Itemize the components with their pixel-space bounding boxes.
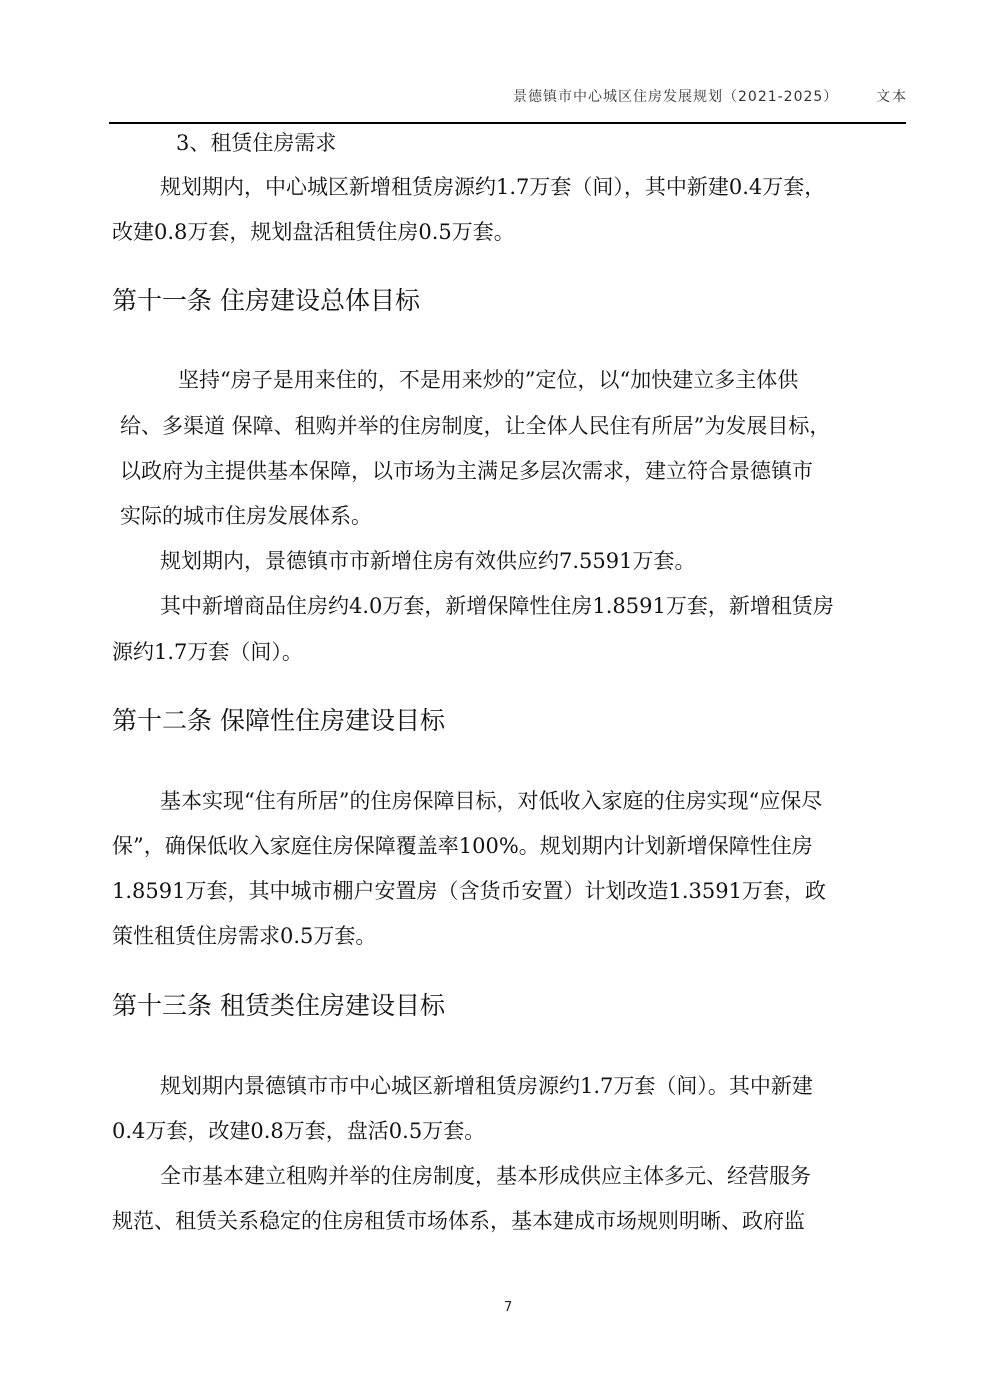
header-title: 景德镇市中心城区住房发展规划（2021-2025）	[513, 86, 838, 106]
article-12-heading: 第十二条 保障性住房建设目标	[112, 705, 445, 737]
article-11-heading: 第十一条 住房建设总体目标	[112, 285, 420, 317]
paragraph-line: 全市基本建立租购并举的住房制度，基本形成供应主体多元、经营服务	[160, 1162, 811, 1190]
header-divider	[109, 122, 906, 124]
paragraph-line: 源约1.7万套（间）。	[112, 638, 303, 666]
paragraph-line: 规划期内，中心城区新增租赁房源约1.7万套（间），其中新建0.4万套，	[160, 173, 825, 201]
paragraph-line: 保”，确保低收入家庭住房保障覆盖率100%。规划期内计划新增保障性住房	[112, 832, 813, 860]
paragraph-line: 以政府为主提供基本保障，以市场为主满足多层次需求，建立符合景德镇市	[120, 457, 813, 485]
paragraph-line: 基本实现“住有所居”的住房保障目标，对低收入家庭的住房实现“应保尽	[160, 787, 822, 815]
page-number: 7	[504, 1300, 512, 1315]
subheading-rental-demand: 3、租赁住房需求	[176, 129, 336, 157]
paragraph-line: 1.8591万套，其中城市棚户安置房（含货币安置）计划改造1.3591万套，政	[112, 877, 826, 905]
paragraph-line: 改建0.8万套，规划盘活租赁住房0.5万套。	[112, 218, 515, 246]
article-13-heading: 第十三条 租赁类住房建设目标	[112, 990, 445, 1022]
paragraph-line: 策性租赁住房需求0.5万套。	[112, 922, 376, 950]
paragraph-line: 0.4万套，改建0.8万套，盘活0.5万套。	[112, 1117, 485, 1145]
paragraph-line: 规划期内景德镇市市中心城区新增租赁房源约1.7万套（间）。其中新建	[160, 1072, 813, 1100]
paragraph-line: 其中新增商品住房约4.0万套，新增保障性住房1.8591万套，新增租赁房	[160, 592, 834, 620]
header-tag: 文本	[876, 86, 908, 106]
paragraph-line: 坚持“房子是用来住的，不是用来炒的”定位，以“加快建立多主体供	[178, 366, 798, 394]
paragraph-line: 给、多渠道 保障、租购并举的住房制度，让全体人民住有所居”为发展目标，	[120, 412, 830, 440]
paragraph-line: 规划期内，景德镇市市新增住房有效供应约7.5591万套。	[160, 547, 695, 575]
paragraph-line: 规范、租赁关系稳定的住房租赁市场体系，基本建成市场规则明晰、政府监	[112, 1207, 805, 1235]
paragraph-line: 实际的城市住房发展体系。	[120, 502, 372, 530]
